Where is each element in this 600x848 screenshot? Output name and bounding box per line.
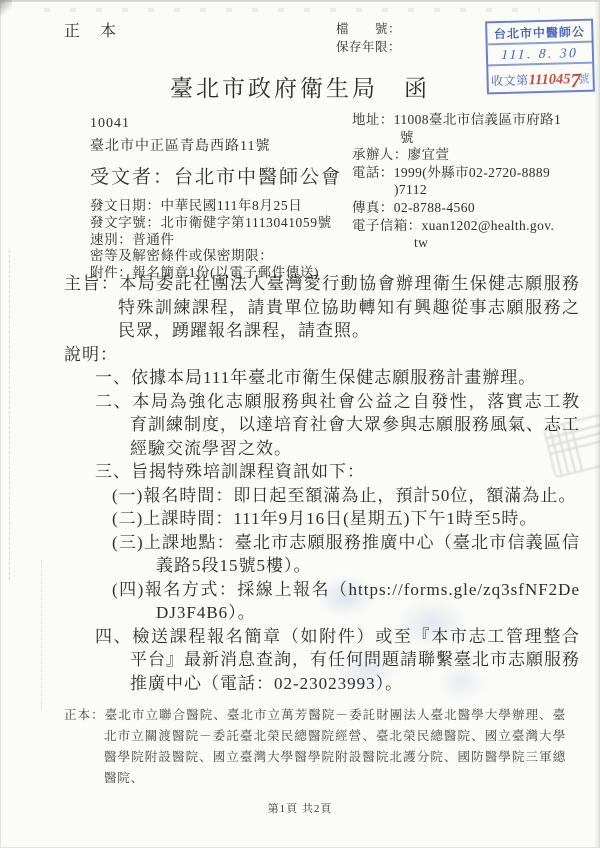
cc-text: 臺北市立聯合醫院、臺北市立萬芳醫院－委託財團法人臺北醫學大學辦理、臺北市立關渡醫…: [104, 708, 566, 785]
postal-code: 10041: [90, 116, 342, 132]
subject-text: 本局委託社團法人臺灣愛行動協會辦理衛生保健志願服務特殊訓練課程，請貴單位協助轉知…: [118, 274, 580, 340]
subject-paragraph: 主旨：本局委託社團法人臺灣愛行動協會辦理衛生保健志願服務特殊訓練課程，請貴單位協…: [64, 272, 580, 343]
explanation-item-3: 三、旨揭特殊培訓課程資訊如下：: [95, 460, 580, 484]
letter-body: 主旨：本局委託社團法人臺灣愛行動協會辦理衛生保健志願服務特殊訓練課程，請貴單位協…: [64, 272, 580, 695]
file-number-label: 檔 號：: [336, 21, 401, 39]
cc-label: 正本：: [64, 708, 105, 722]
scan-corner-smudge: [0, 0, 12, 16]
explanation-item-2: 二、本局為強化志願服務與社會公益之自發性，落實志工教育訓練制度，以達培育社會大眾…: [95, 390, 580, 461]
addressee-block: 10041 臺北市中正區青島西路11號 受文者：台北市中醫師公會 發文日期：中華…: [90, 116, 342, 282]
security-line: 密等及解密條件或保密期限：: [90, 248, 342, 265]
scan-left-dotted-line: [9, 250, 10, 580]
contact-email-wrap: tw: [352, 234, 588, 252]
contact-block: 地址：11008臺北市信義區市府路1 號 承辦人：廖宜萱 電話：1999(外縣市…: [352, 111, 588, 252]
registration-url: 報名方式：採線上報名（https://forms.gle/zq3sfNF2DeD…: [144, 580, 580, 623]
course-info-location: (三)上課地點：臺北市志願服務推廣中心（臺北市信義區信義路5段15號5樓）。: [112, 531, 580, 578]
speed-line: 速別：普通件: [90, 232, 342, 249]
file-number-block: 檔 號： 保存年限：: [336, 21, 401, 56]
course-info-registration-time: (一)報名時間：即日起至額滿為止，預計50位，額滿為止。: [112, 484, 580, 508]
scan-left-dotted-line-2: [41, 560, 42, 710]
contact-phone-line: 電話：1999(外縣市02-2720-8889: [352, 164, 588, 182]
contact-address-line: 地址：11008臺北市信義區市府路1: [352, 111, 588, 129]
contact-address-wrap: 號: [352, 129, 588, 147]
scan-top-edge: [0, 0, 600, 2]
contact-phone-wrap: )7112: [352, 181, 588, 199]
issue-date-line: 發文日期：中華民國111年8月25日: [90, 198, 342, 215]
scan-noise: [44, 8, 540, 12]
recipient-name: 台北市中醫師公會: [174, 167, 342, 188]
explanation-label: 說明：: [64, 343, 580, 367]
subject-label: 主旨：: [64, 274, 119, 293]
contact-person-line: 承辦人：廖宜萱: [352, 146, 588, 164]
document-title: 臺北市政府衛生局 函: [0, 70, 600, 103]
received-stamp-date: 111. 8. 30: [487, 41, 592, 65]
received-stamp-org: 台北市中醫師公: [487, 21, 591, 44]
copy-type-label: 正 本: [64, 18, 118, 41]
course-info-class-time: (二)上課時間：111年9月16日(星期五)下午1時至5時。: [112, 507, 580, 531]
contact-fax-line: 傳真：02-8788-4560: [352, 199, 588, 217]
recipient-line: 受文者：台北市中醫師公會: [90, 162, 342, 189]
explanation-item-1: 一、依據本局111年臺北市衛生保健志願服務計畫辦理。: [95, 366, 580, 390]
retention-period-label: 保存年限：: [336, 39, 401, 57]
original-copy-recipients: 正本：臺北市立聯合醫院、臺北市立萬芳醫院－委託財團法人臺北醫學大學辦理、臺北市立…: [64, 705, 566, 789]
doc-number-line: 發文字號：北市衛健字第1113041059號: [90, 215, 342, 232]
document-page: 正 本 檔 號： 保存年限： 台北市中醫師公 111. 8. 30 收文第111…: [0, 0, 600, 848]
course-info-registration-method: (四)報名方式：採線上報名（https://forms.gle/zq3sfNF2…: [112, 578, 580, 625]
document-meta: 發文日期：中華民國111年8月25日 發文字號：北市衛健字第1113041059…: [90, 198, 342, 282]
page-indicator: 第1頁 共2頁: [0, 800, 600, 816]
contact-email-line: 電子信箱：xuan1202@health.gov.: [352, 217, 588, 235]
recipient-label: 受文者：: [90, 167, 174, 188]
addressee-address: 臺北市中正區青島西路11號: [90, 135, 342, 155]
explanation-item-4: 四、檢送課程報名簡章（如附件）或至『本市志工管理整合平台』最新消息查詢，有任何問…: [95, 625, 580, 696]
